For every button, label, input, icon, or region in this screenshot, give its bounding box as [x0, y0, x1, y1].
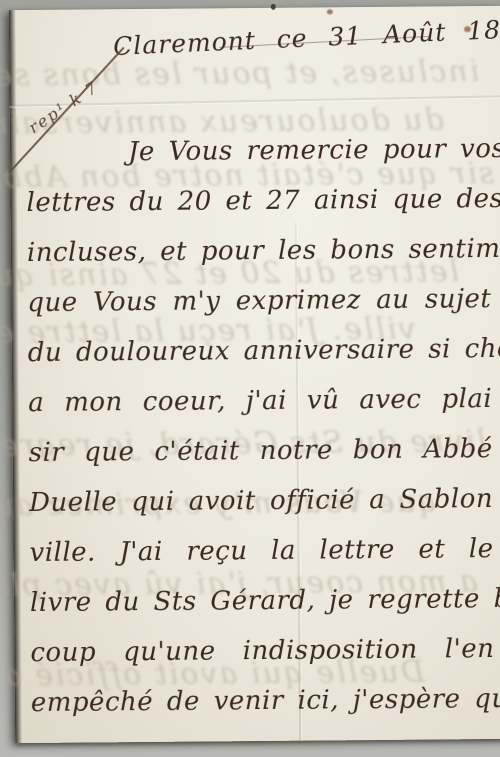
page-edge-shadow [9, 10, 22, 743]
bleedthrough-text: incluses, et pour les bons sentiments [0, 54, 480, 95]
letter-line: a mon coeur, j'ai vû avec plai [28, 374, 492, 428]
letter-line: Duelle qui avoit officié a Sablon [29, 474, 493, 528]
letter-line: du douloureux anniversaire si cher [28, 324, 492, 378]
photo-backdrop: incluses, et pour les bons sentiments du… [0, 0, 500, 757]
letter-paper: incluses, et pour les bons sentiments du… [9, 6, 500, 743]
letter-line: livre du Sts Gérard, je regrette beau [30, 574, 494, 628]
letter-line: incluses, et pour les bons sentiments [27, 224, 491, 278]
letter-line: ville. J'ai reçu la lettre et le [29, 524, 493, 578]
foxing-speck [327, 9, 333, 14]
dateline: Claremont ce 31 Août 1854 [113, 15, 498, 61]
letter-line: coup qu'une indisposition l'en [30, 624, 494, 678]
foxing-speck [271, 4, 276, 10]
letter-line: Je Vous remercie pour vos [26, 124, 490, 178]
letter-line: lettres du 20 et 27 ainsi que des [26, 174, 490, 228]
letter-line: empêché de venir ici, j'espère qui [31, 674, 495, 728]
letter-body: Je Vous remercie pour vos lettres du 20 … [26, 124, 495, 728]
letter-line: sir que c'était notre bon Abbé [28, 424, 492, 478]
letter-line: que Vous m'y exprimez au sujet [27, 274, 491, 328]
